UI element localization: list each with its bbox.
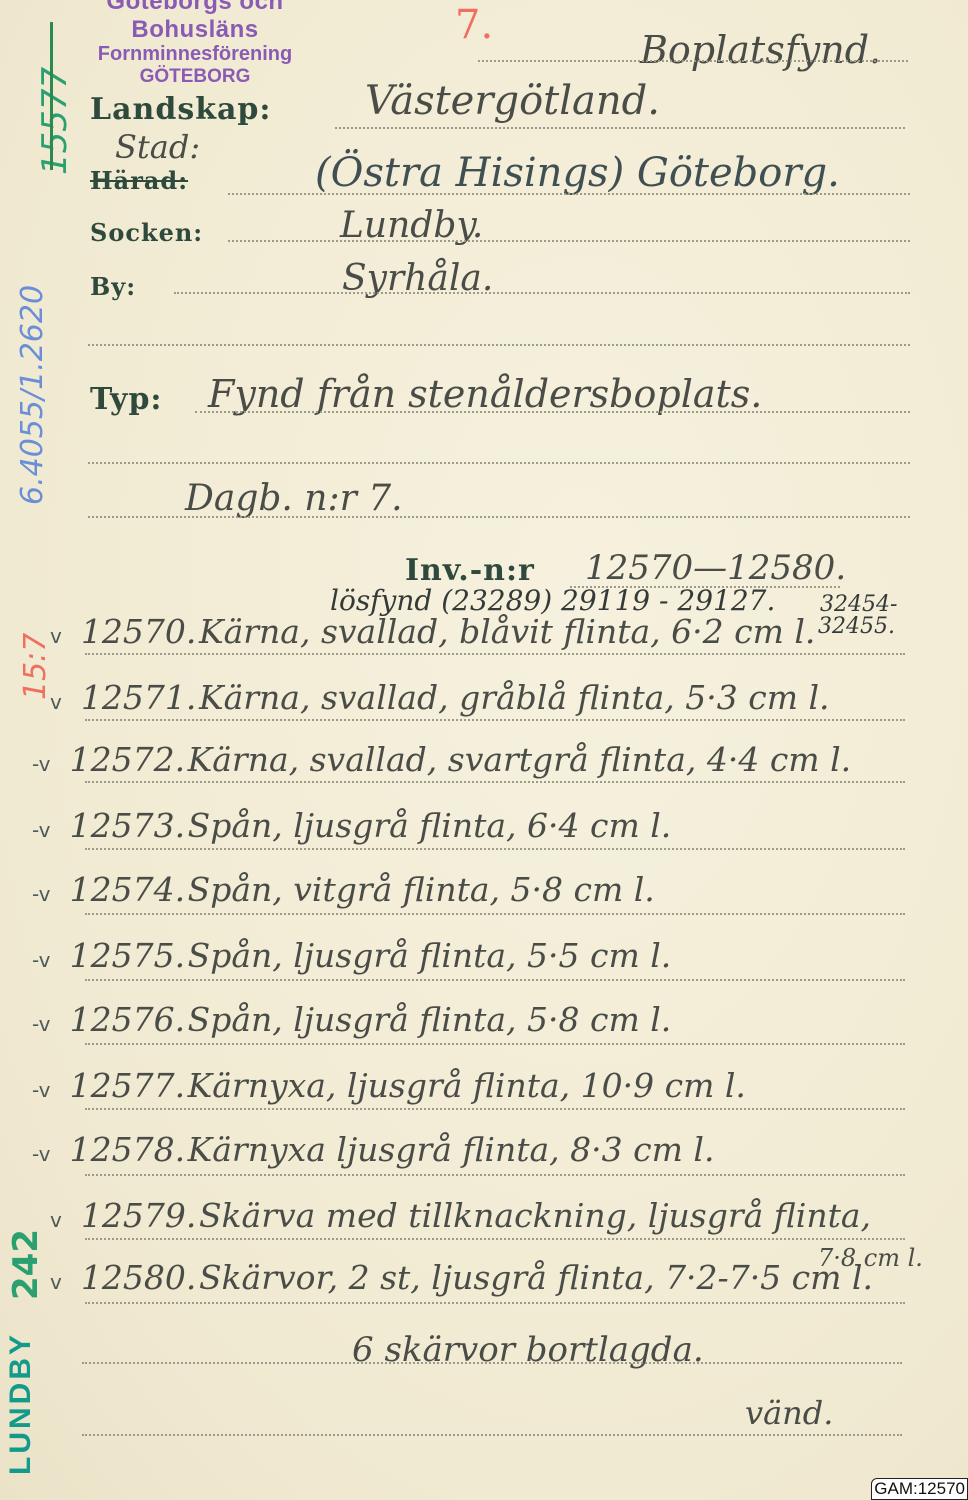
item-number: 12574. xyxy=(70,870,188,909)
inventory-extra-bottom: 32455. xyxy=(818,614,895,639)
item-description: Kärna, svallad, svartgrå flinta, 4·4 cm … xyxy=(188,740,852,779)
item-description: Kärna, svallad, blåvit flinta, 6·2 cm l. xyxy=(199,612,815,651)
item-row: -v 12573.Spån, ljusgrå flinta, 6·4 cm l. xyxy=(32,806,671,845)
item-number: 12577. xyxy=(70,1066,188,1105)
item-description: Spån, vitgrå flinta, 5·8 cm l. xyxy=(188,870,655,909)
dagbok-number: Dagb. n:r 7. xyxy=(185,478,403,519)
stamp-line-3: Fornminnesförening xyxy=(70,43,320,66)
landskap-label: Landskap: xyxy=(90,92,272,127)
item-description: Spån, ljusgrå flinta, 5·5 cm l. xyxy=(188,936,672,975)
item-description: Skärva med tillknackning, ljusgrå flinta… xyxy=(199,1196,871,1235)
item-row: -v 12572.Kärna, svallad, svartgrå flinta… xyxy=(32,740,851,779)
margin-green-number: 242 xyxy=(6,1229,46,1300)
item-row: v 12571.Kärna, svallad, gråblå flinta, 5… xyxy=(50,678,830,717)
item-row: v 12579.Skärva med tillknackning, ljusgr… xyxy=(50,1196,871,1235)
check-mark: -v xyxy=(32,818,51,842)
item-description: Kärnyxa, ljusgrå flinta, 10·9 cm l. xyxy=(188,1066,746,1105)
item-description: Spån, ljusgrå flinta, 5·8 cm l. xyxy=(188,1000,672,1039)
by-label: By: xyxy=(90,272,136,301)
strike-line xyxy=(50,22,53,170)
item-number: 12571. xyxy=(81,678,199,717)
typ-value: Fynd från stenåldersboplats. xyxy=(208,372,762,416)
stamp-line-4: GÖTEBORG xyxy=(70,66,320,88)
item-number: 12575. xyxy=(70,936,188,975)
item-number: 12579. xyxy=(81,1196,199,1235)
margin-green-code: 15577 xyxy=(35,67,75,175)
check-mark: -v xyxy=(32,1078,51,1102)
harad-label: Härad: xyxy=(90,166,188,195)
item-number: 12573. xyxy=(70,806,188,845)
landskap-value: Västergötland. xyxy=(365,78,660,124)
check-mark: -v xyxy=(32,882,51,906)
item-description: Kärnyxa ljusgrå flinta, 8·3 cm l. xyxy=(188,1130,715,1169)
harad-value: (Östra Hisings) Göteborg. xyxy=(315,150,840,196)
check-mark: -v xyxy=(32,948,51,972)
check-mark: -v xyxy=(32,1142,51,1166)
corner-mark: 7. xyxy=(455,2,493,48)
item-row: -v 12575.Spån, ljusgrå flinta, 5·5 cm l. xyxy=(32,936,671,975)
item-number: 12572. xyxy=(70,740,188,779)
item-row: -v 12578.Kärnyxa ljusgrå flinta, 8·3 cm … xyxy=(32,1130,714,1169)
item-number: 12576. xyxy=(70,1000,188,1039)
category: Boplatsfynd. xyxy=(640,28,881,72)
item-number: 12570. xyxy=(81,612,199,651)
check-mark: -v xyxy=(32,752,51,776)
lundby-stamp: LUNDBY xyxy=(4,1332,38,1475)
item-row: v 12570.Kärna, svallad, blåvit flinta, 6… xyxy=(50,612,815,651)
stamp-line-1: Göteborgs och xyxy=(70,0,320,16)
margin-red-code: 15:7 xyxy=(18,633,53,700)
stad-label-handwritten: Stad: xyxy=(115,128,200,166)
item-row: -v 12577.Kärnyxa, ljusgrå flinta, 10·9 c… xyxy=(32,1066,746,1105)
item-description: Kärna, svallad, gråblå flinta, 5·3 cm l. xyxy=(199,678,830,717)
item-number: 12580. xyxy=(81,1258,199,1297)
discarded-note: 6 skärvor bortlagda. xyxy=(352,1330,704,1370)
turn-over-note: vänd. xyxy=(745,1394,833,1432)
inventory-label: Inv.-n:r xyxy=(405,553,535,588)
margin-blue-code: 6.4055/1.2620 xyxy=(15,285,50,505)
check-mark: -v xyxy=(32,1012,51,1036)
item-number: 12578. xyxy=(70,1130,188,1169)
check-mark: v xyxy=(50,1270,62,1294)
archive-id: GAM:12570 xyxy=(871,1478,968,1500)
stamp-line-2: Bohusläns xyxy=(70,16,320,44)
item-row: v 12580.Skärvor, 2 st, ljusgrå flinta, 7… xyxy=(50,1258,873,1297)
item-row: -v 12576.Spån, ljusgrå flinta, 5·8 cm l. xyxy=(32,1000,671,1039)
typ-label: Typ: xyxy=(90,382,163,417)
inventory-range: 12570—12580. xyxy=(585,548,846,588)
socken-label: Socken: xyxy=(90,218,203,247)
item-description: Spån, ljusgrå flinta, 6·4 cm l. xyxy=(188,806,672,845)
institution-stamp: Göteborgs och Bohusläns Fornminnesföreni… xyxy=(70,0,320,88)
item-row: -v 12574.Spån, vitgrå flinta, 5·8 cm l. xyxy=(32,870,655,909)
item-description: Skärvor, 2 st, ljusgrå flinta, 7·2-7·5 c… xyxy=(199,1258,873,1297)
check-mark: v xyxy=(50,1208,62,1232)
